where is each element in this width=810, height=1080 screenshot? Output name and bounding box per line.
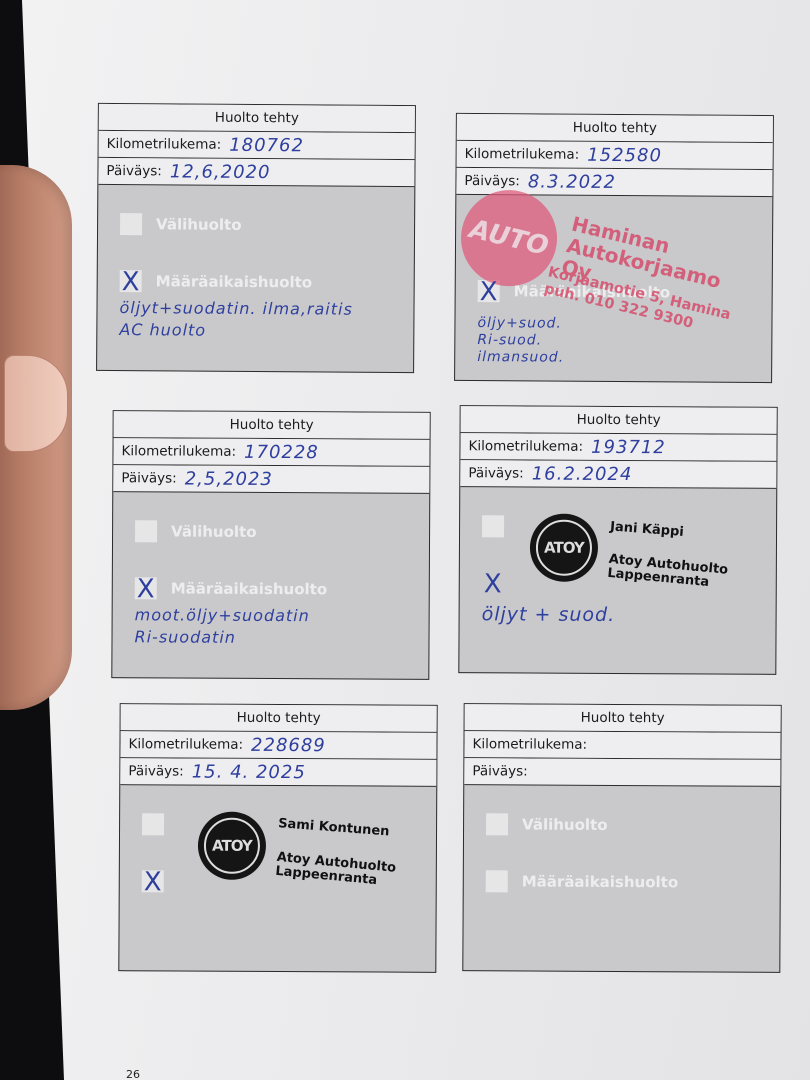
date-row: Päiväys: (464, 758, 780, 787)
date-label: Päiväys: (128, 763, 183, 779)
entry-body: Välihuolto Määräaikaishuolto X moot.öljy… (112, 492, 429, 678)
km-row: Kilometrilukema: 193712 (460, 433, 776, 462)
option-scheduled[interactable]: Määräaikaishuolto (486, 870, 679, 893)
check-mark: X (480, 277, 498, 307)
thumb (0, 165, 72, 710)
interim-checkbox[interactable] (486, 813, 508, 835)
km-row: Kilometrilukema: 180762 (99, 131, 415, 160)
check-mark: X (144, 867, 162, 897)
date-value[interactable]: 2,5,2023 (185, 468, 273, 489)
option-interim[interactable] (482, 515, 518, 537)
workshop-stamp-atoy: ATOY Sami Kontunen Atoy AutohuoltoLappee… (198, 812, 459, 933)
service-entry-1: Huolto tehty Kilometrilukema: 180762 Päi… (96, 103, 416, 373)
atoy-logo-icon: ATOY (530, 514, 598, 582)
entry-header: Huolto tehty (121, 704, 437, 733)
entry-body: ATOY Sami Kontunen Atoy AutohuoltoLappee… (119, 785, 436, 971)
entry-body: Määräaikaishuolto AUTO HaminanAutokorjaa… (455, 195, 772, 381)
date-row: Päiväys: 15. 4. 2025 (120, 758, 436, 787)
date-value[interactable]: 15. 4. 2025 (192, 761, 306, 783)
km-label: Kilometrilukema: (468, 438, 583, 455)
km-label: Kilometrilukema: (107, 136, 222, 153)
km-row: Kilometrilukema: 228689 (120, 731, 436, 760)
km-label: Kilometrilukema: (465, 146, 580, 163)
service-entry-2: Huolto tehty Kilometrilukema: 152580 Päi… (454, 113, 774, 383)
option-interim[interactable]: Välihuolto (120, 213, 242, 236)
service-notes: öljyt + suod. (482, 603, 616, 626)
date-row: Päiväys: 2,5,2023 (113, 465, 429, 494)
interim-checkbox[interactable] (120, 213, 142, 235)
date-row: Päiväys: 12,6,2020 (98, 158, 414, 187)
date-row: Päiväys: 16.2.2024 (460, 460, 776, 489)
entry-header: Huolto tehty (461, 406, 777, 435)
entry-header: Huolto tehty (465, 704, 781, 733)
entry-header: Huolto tehty (457, 114, 773, 143)
scheduled-checkbox[interactable] (486, 870, 508, 892)
date-label: Päiväys: (106, 163, 162, 179)
option-scheduled[interactable]: Määräaikaishuolto (135, 577, 328, 600)
service-entry-4: Huolto tehty Kilometrilukema: 193712 Päi… (458, 405, 777, 675)
mechanic-name: Jani Käppi (610, 519, 685, 539)
date-label: Päiväys: (121, 470, 176, 486)
entry-body: Välihuolto Määräaikaishuolto X öljyt+suo… (97, 185, 414, 371)
date-value[interactable]: 12,6,2020 (170, 161, 271, 183)
km-label: Kilometrilukema: (472, 736, 587, 753)
option-interim[interactable] (142, 813, 178, 835)
workshop-name: Atoy AutohuoltoLappeenranta (607, 553, 729, 592)
option-interim[interactable]: Välihuolto (135, 520, 257, 543)
check-mark: X (137, 574, 155, 604)
workshop-name: Atoy AutohuoltoLappeenranta (275, 851, 397, 890)
service-entry-3: Huolto tehty Kilometrilukema: 170228 Päi… (111, 410, 430, 680)
page-number: 26 (126, 1068, 140, 1080)
service-entry-6: Huolto tehty Kilometrilukema: Päiväys: V… (462, 703, 781, 973)
km-row: Kilometrilukema: (464, 731, 780, 760)
entry-body: Välihuolto Määräaikaishuolto (463, 785, 780, 971)
km-value[interactable]: 170228 (244, 441, 319, 462)
entry-header: Huolto tehty (114, 411, 430, 440)
date-value[interactable]: 8.3.2022 (528, 171, 616, 193)
option-interim[interactable]: Välihuolto (486, 813, 608, 836)
option-scheduled[interactable]: Määräaikaishuolto (120, 270, 313, 293)
date-value[interactable]: 16.2.2024 (532, 463, 633, 485)
atoy-logo-icon: ATOY (198, 812, 266, 880)
date-label: Päiväys: (468, 465, 523, 481)
interim-checkbox[interactable] (482, 515, 504, 537)
entry-header: Huolto tehty (99, 104, 415, 133)
check-mark: X (484, 569, 502, 599)
check-mark: X (122, 267, 140, 297)
km-row: Kilometrilukema: 170228 (113, 438, 429, 467)
service-entry-5: Huolto tehty Kilometrilukema: 228689 Päi… (118, 703, 437, 973)
km-label: Kilometrilukema: (121, 443, 236, 460)
km-value[interactable]: 152580 (587, 144, 662, 166)
service-notes: öljy+suod. Ri-suod. ilmansuod. (477, 315, 564, 367)
km-value[interactable]: 180762 (229, 134, 304, 156)
date-label: Päiväys: (472, 763, 527, 779)
mechanic-name: Sami Kontunen (278, 816, 390, 839)
interim-checkbox[interactable] (142, 813, 164, 835)
entry-body: ATOY Jani Käppi Atoy AutohuoltoLappeenra… (459, 487, 776, 673)
interim-checkbox[interactable] (135, 520, 157, 542)
km-value[interactable]: 228689 (251, 734, 326, 755)
km-value[interactable]: 193712 (591, 436, 666, 457)
km-row: Kilometrilukema: 152580 (457, 141, 773, 170)
thumbnail (4, 355, 68, 452)
service-notes: öljyt+suodatin. ilma,raitis AC huolto (119, 297, 353, 343)
service-notes: moot.öljy+suodatin Ri-suodatin (134, 604, 309, 649)
km-label: Kilometrilukema: (128, 736, 243, 753)
